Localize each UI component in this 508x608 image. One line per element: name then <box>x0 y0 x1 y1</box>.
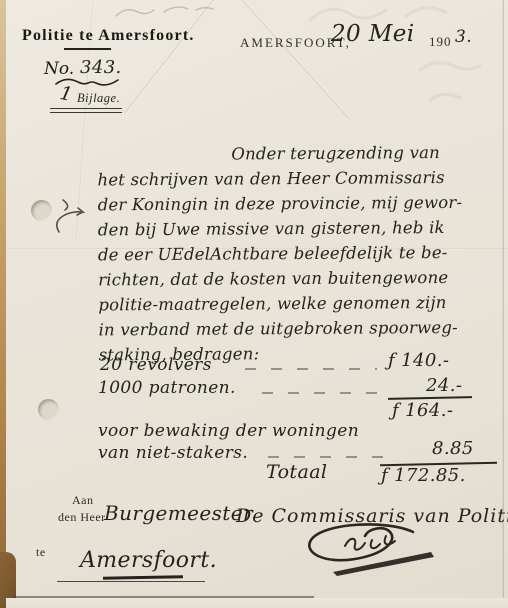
expense-item-amount: 24.- <box>426 375 462 396</box>
body-line: Onder terugzending van <box>97 140 501 168</box>
place-printed-underline <box>57 581 205 582</box>
expense-note-line: voor bewaking der woningen <box>98 421 359 441</box>
underlying-sheet <box>6 598 508 608</box>
paper-left-edge <box>0 0 6 608</box>
addressee-aan-label: Aan <box>72 493 94 508</box>
total-amount: ƒ 172.85. <box>381 465 466 486</box>
ink-check-mark <box>55 192 91 238</box>
bijlage-rule <box>50 108 122 113</box>
bijlage-label: Bijlage. <box>77 91 120 106</box>
addressee-den-heer-label: den Heer <box>58 510 106 525</box>
signature-flourish <box>293 518 441 576</box>
letterhead-rule <box>64 48 111 50</box>
dateline-year-handwritten: 3. <box>455 27 472 47</box>
body-line: het schrijven van den Heer Commissaris <box>97 165 501 193</box>
body-line: richten, dat de kosten van buitengewone <box>98 265 502 293</box>
dash-leader <box>262 392 378 394</box>
body-line: den bij Uwe missive van gisteren, heb ik <box>98 215 502 243</box>
expense-item-label: 20 revolvers <box>100 355 212 375</box>
addressee-handwritten: Burgemeester <box>104 501 253 525</box>
pencil-scribble <box>112 2 217 24</box>
body-line: der Koningin in deze provincie, mij gewo… <box>98 190 502 218</box>
letter-body: Onder terugzending van het schrijven van… <box>97 140 503 368</box>
punch-hole <box>38 399 59 420</box>
dateline-day-month-handwritten: 20 Mei <box>331 21 415 47</box>
total-label: Totaal <box>266 461 327 483</box>
number-label: No. <box>44 59 74 79</box>
expense-note-line: van niet-stakers. <box>98 443 248 463</box>
body-line: de eer UEdelAchtbare beleefdelijk te be- <box>98 240 502 268</box>
ink-bleed-through <box>300 0 490 130</box>
body-line: in verband met de uitgebroken spoorweg- <box>98 315 502 343</box>
number-value-handwritten: 343. <box>80 57 122 78</box>
note-amount: 8.85 <box>432 438 474 459</box>
body-line: politie-maatregelen, welke genomen zijn <box>98 290 502 318</box>
punch-hole <box>31 200 52 221</box>
dash-leader <box>245 368 377 370</box>
scanned-letter-page: Politie te Amersfoort. No. 343. 1 Bijlag… <box>0 0 508 608</box>
subtotal-amount: ƒ 164.- <box>392 400 453 421</box>
expense-item-amount: ƒ 140.- <box>388 350 449 371</box>
addressee-place-handwritten: Amersfoort. <box>80 548 217 573</box>
addressee-te-label: te <box>36 545 46 560</box>
expense-item-label: 1000 patronen. <box>98 378 236 398</box>
letterhead-organization: Politie te Amersfoort. <box>22 27 195 45</box>
dash-leader <box>268 456 388 458</box>
dateline-year-printed: 190 <box>429 34 452 50</box>
place-hand-underline <box>103 575 183 579</box>
